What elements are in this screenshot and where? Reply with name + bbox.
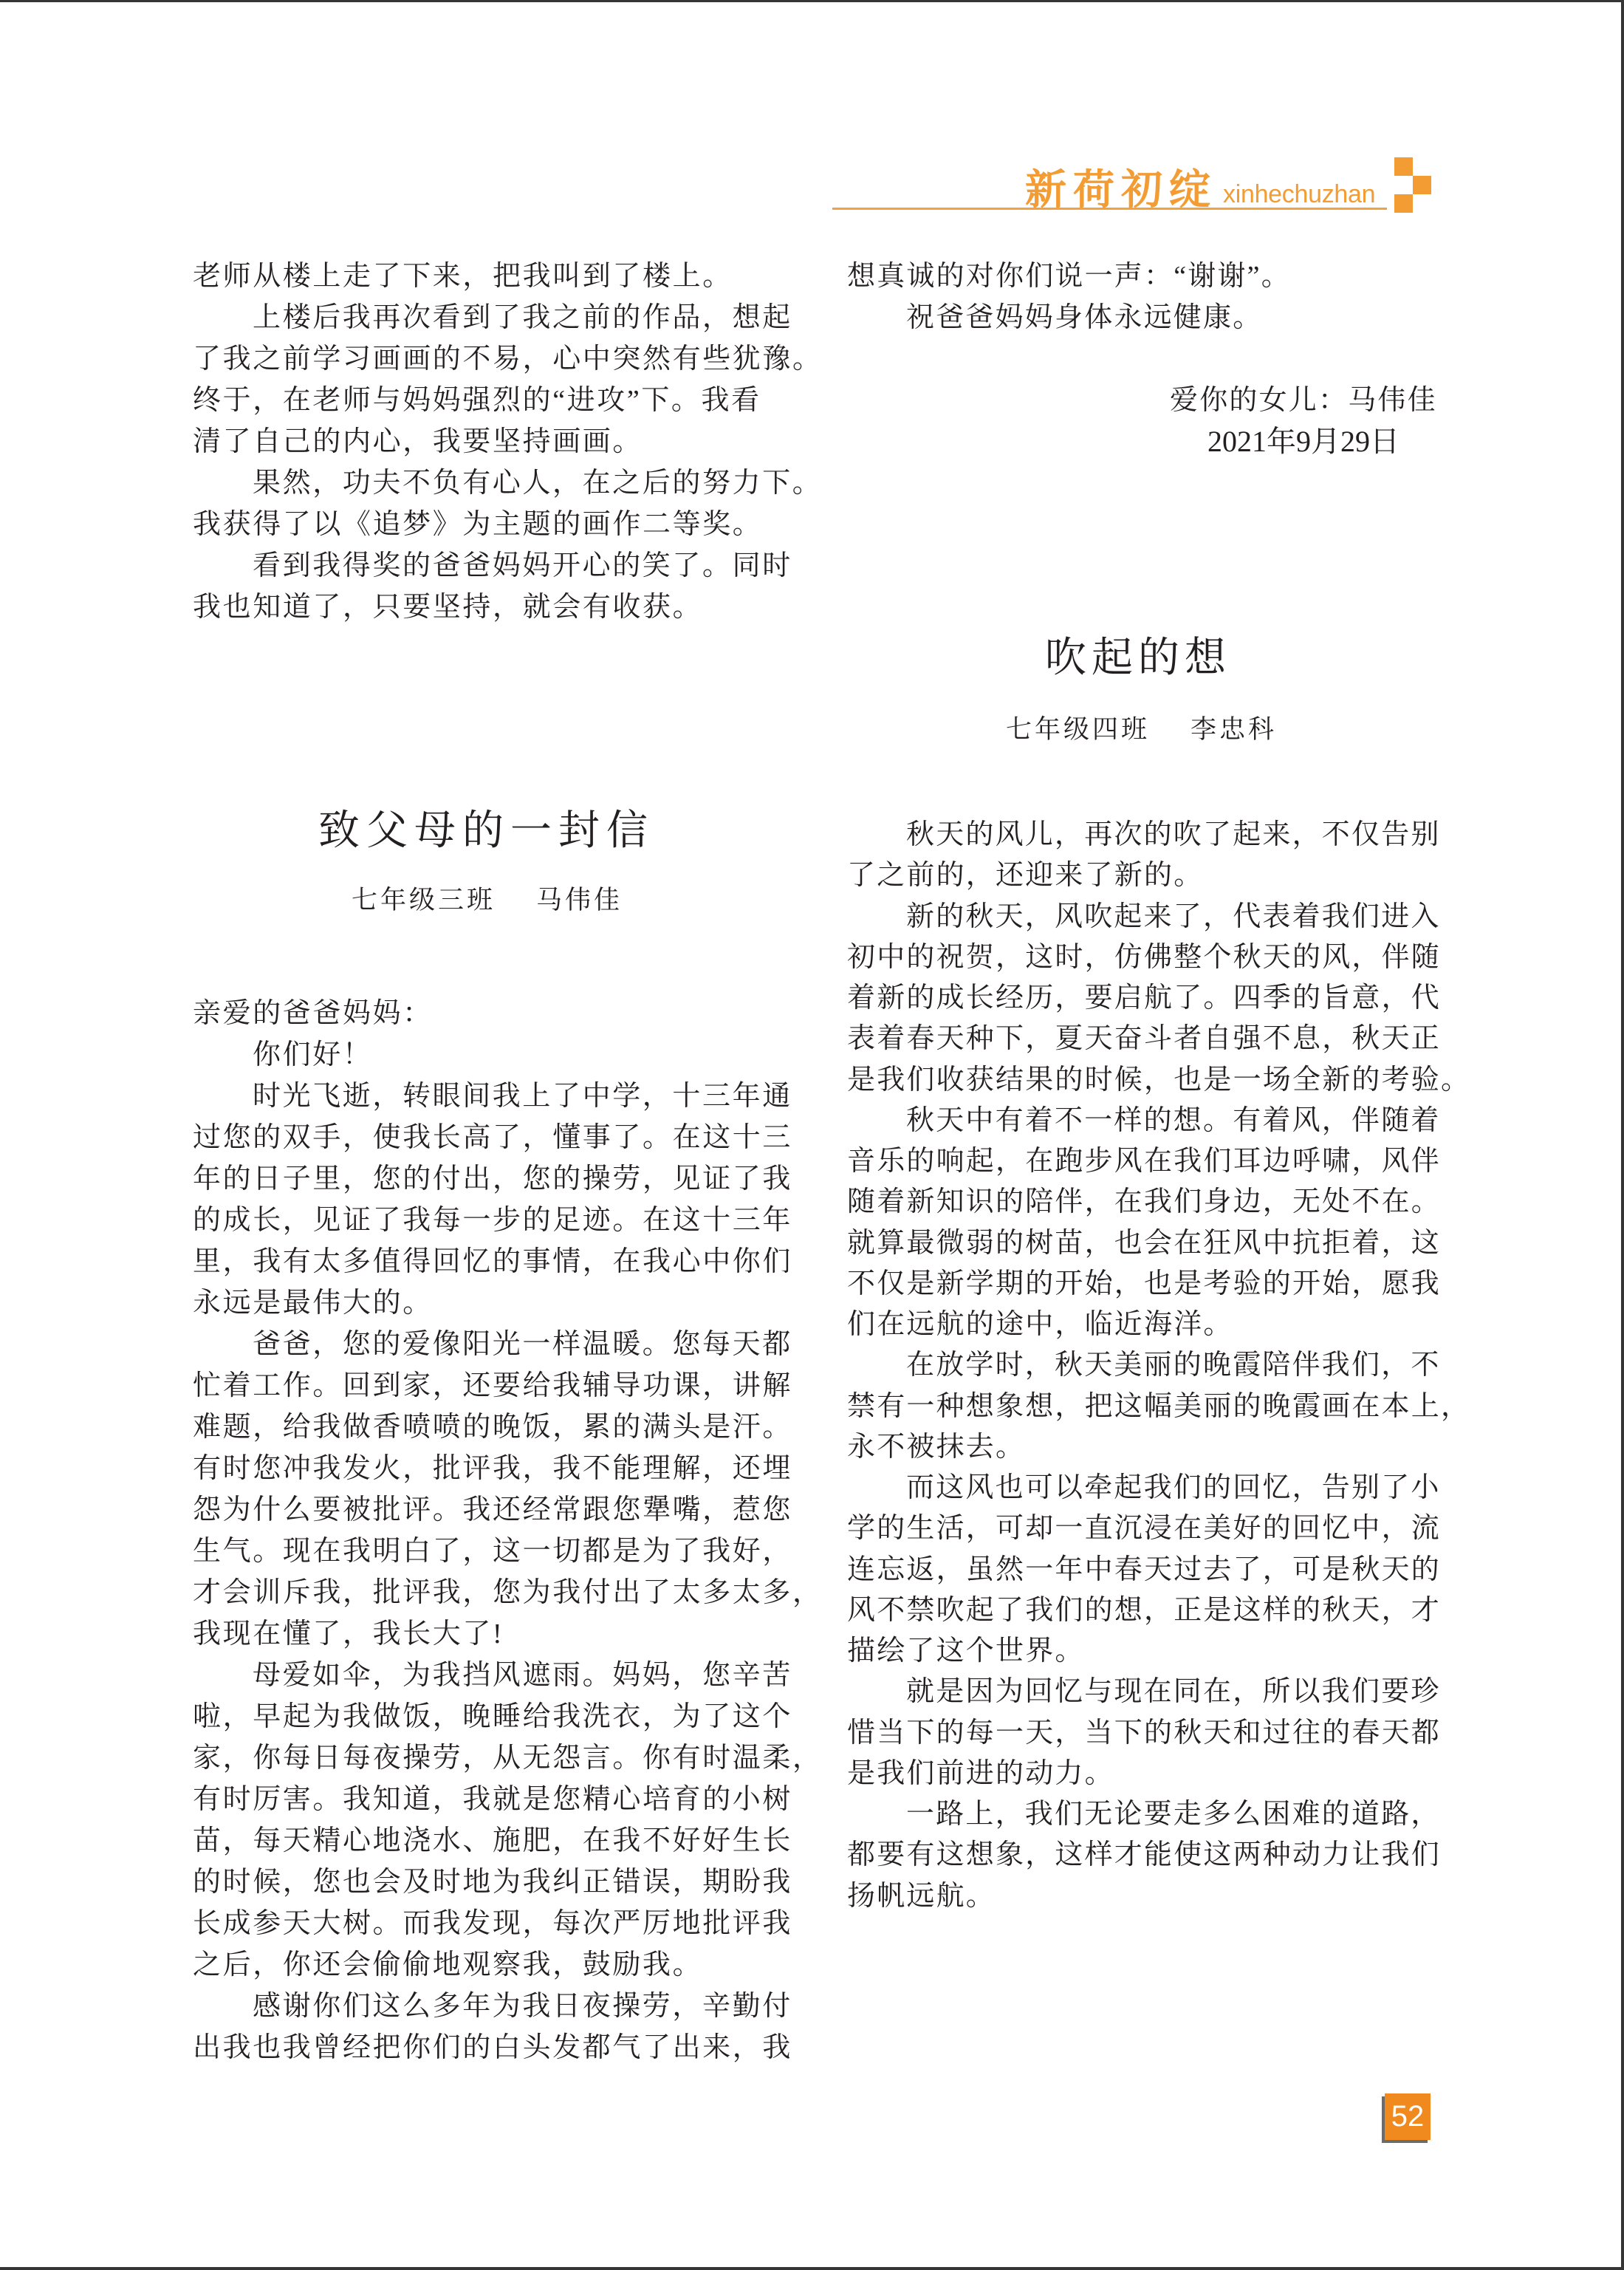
text-line: 不仅是新学期的开始，也是考验的开始，愿我 xyxy=(847,1264,1470,1305)
page-frame-top xyxy=(0,0,1624,2)
signature-date: 2021年9月29日 xyxy=(1170,421,1437,462)
square-bottom xyxy=(1394,194,1413,213)
text-line: 秋天的风儿，再次的吹了起来，不仅告别 xyxy=(847,815,1470,855)
byline-author: 李忠科 xyxy=(1190,715,1277,744)
text-line: 忙着工作。回到家，还要给我辅导功课，讲解 xyxy=(193,1365,823,1406)
section-title: 新荷初绽 xyxy=(1025,169,1217,212)
paragraph: 果然，功夫不负有心人，在之后的努力下。 我获得了以《追梦》为主题的画作二等奖。 xyxy=(193,462,823,545)
text-line: 永不被抹去。 xyxy=(847,1427,1470,1468)
text-line: 新的秋天，风吹起来了，代表着我们进入 xyxy=(847,897,1470,937)
text-line: 禁有一种想象想，把这幅美丽的晚霞画在本上， xyxy=(847,1387,1470,1427)
text-line: 年的日子里，您的付出，您的操劳，见证了我 xyxy=(193,1158,823,1200)
text-line: 了我之前学习画画的不易，心中突然有些犹豫。 xyxy=(193,338,823,380)
text-line: 学的生活，可却一直沉浸在美好的回忆中，流 xyxy=(847,1508,1470,1549)
right-article-body: 秋天的风儿，再次的吹了起来，不仅告别 了之前的，还迎来了新的。 新的秋天，风吹起… xyxy=(847,815,1470,1917)
paragraph: 看到我得奖的爸爸妈妈开心的笑了。同时 我也知道了，只要坚持，就会有收获。 xyxy=(193,545,823,628)
text-line: 出我也我曾经把你们的白头发都气了出来，我 xyxy=(193,2027,823,2068)
text-line: 在放学时，秋天美丽的晚霞陪伴我们，不 xyxy=(847,1345,1470,1386)
byline-author: 马伟佳 xyxy=(536,886,623,915)
text-line: 怨为什么要被批评。我还经常跟您犟嘴，惹您 xyxy=(193,1489,823,1531)
signature-closing: 爱你的女儿：马伟佳 xyxy=(1170,380,1437,421)
paragraph: 上楼后我再次看到了我之前的作品，想起 了我之前学习画画的不易，心中突然有些犹豫。… xyxy=(193,297,823,462)
text-line: 都要有这想象，这样才能使这两种动力让我们 xyxy=(847,1835,1470,1876)
text-line: 的成长，见证了我每一步的足迹。在这十三年 xyxy=(193,1200,823,1241)
byline-class: 七年级四班 xyxy=(1006,715,1150,744)
article-title: 致父母的一封信 xyxy=(318,805,654,857)
text-line: 了之前的，还迎来了新的。 xyxy=(847,855,1470,896)
text-line: 风不禁吹起了我们的想，正是这样的秋天，才 xyxy=(847,1590,1470,1631)
text-line: 你们好！ xyxy=(193,1034,823,1076)
article-title: 吹起的想 xyxy=(1045,632,1231,684)
text-line: 有时您冲我发火，批评我，我不能理解，还埋 xyxy=(193,1448,823,1489)
text-line: 老师从楼上走了下来，把我叫到了楼上。 xyxy=(193,256,823,297)
paragraph: 感谢你们这么多年为我日夜操劳，辛勤付 出我也我曾经把你们的白头发都气了出来，我 xyxy=(193,1986,823,2068)
text-line: 惜当下的每一天，当下的秋天和过往的春天都 xyxy=(847,1713,1470,1754)
text-line: 我获得了以《追梦》为主题的画作二等奖。 xyxy=(193,504,823,545)
text-line: 而这风也可以牵起我们的回忆，告别了小 xyxy=(847,1468,1470,1508)
left-article-body: 亲爱的爸爸妈妈： 你们好！ 时光飞逝，转眼间我上了中学，十三年通 过您的双手，使… xyxy=(193,993,823,2068)
article-byline: 七年级三班马伟佳 xyxy=(352,880,623,921)
text-line: 就是因为回忆与现在同在，所以我们要珍 xyxy=(847,1672,1470,1712)
text-line: 之后，你还会偷偷地观察我，鼓励我。 xyxy=(193,1944,823,1986)
text-line: 才会训斥我，批评我，您为我付出了太多太多， xyxy=(193,1572,823,1613)
text-line: 就算最微弱的树苗，也会在狂风中抗拒着，这 xyxy=(847,1223,1470,1264)
text-line: 着新的成长经历，要启航了。四季的旨意，代 xyxy=(847,978,1470,1019)
text-line: 初中的祝贺，这时，仿佛整个秋天的风，伴随 xyxy=(847,937,1470,978)
paragraph: 你们好！ xyxy=(193,1034,823,1076)
text-line: 家，你每日每夜操劳，从无怨言。你有时温柔， xyxy=(193,1737,823,1779)
paragraph: 想真诚的对你们说一声：“谢谢”。 xyxy=(847,256,1291,297)
text-line: 苗，每天精心地浇水、施肥，在我不好好生长 xyxy=(193,1820,823,1862)
paragraph: 秋天中有着不一样的想。有着风，伴随着 音乐的响起，在跑步风在我们耳边呼啸，风伴 … xyxy=(847,1101,1470,1346)
text-line: 里，我有太多值得回忆的事情，在我心中你们 xyxy=(193,1241,823,1282)
text-line: 母爱如伞，为我挡风遮雨。妈妈，您辛苦 xyxy=(193,1655,823,1696)
text-line: 我现在懂了，我长大了! xyxy=(193,1613,823,1655)
text-line: 描绘了这个世界。 xyxy=(847,1631,1470,1672)
text-line: 永远是最伟大的。 xyxy=(193,1282,823,1324)
text-line: 清了自己的内心，我要坚持画画。 xyxy=(193,421,823,462)
text-line: 我也知道了，只要坚持，就会有收获。 xyxy=(193,587,823,628)
paragraph: 秋天的风儿，再次的吹了起来，不仅告别 了之前的，还迎来了新的。 xyxy=(847,815,1470,897)
text-line: 终于，在老师与妈妈强烈的“进攻”下。我看 xyxy=(193,380,823,421)
paragraph: 爸爸，您的爱像阳光一样温暖。您每天都 忙着工作。回到家，还要给我辅导功课，讲解 … xyxy=(193,1324,823,1655)
paragraph: 新的秋天，风吹起来了，代表着我们进入 初中的祝贺，这时，仿佛整个秋天的风，伴随 … xyxy=(847,897,1470,1101)
square-right xyxy=(1413,176,1431,194)
text-line: 连忘返，虽然一年中春天过去了，可是秋天的 xyxy=(847,1550,1470,1590)
text-line: 表着春天种下，夏天奋斗者自强不息，秋天正 xyxy=(847,1019,1470,1059)
byline-class: 七年级三班 xyxy=(352,886,496,915)
paragraph: 就是因为回忆与现在同在，所以我们要珍 惜当下的每一天，当下的秋天和过往的春天都 … xyxy=(847,1672,1470,1794)
text-line: 秋天中有着不一样的想。有着风，伴随着 xyxy=(847,1101,1470,1141)
text-line: 感谢你们这么多年为我日夜操劳，辛勤付 xyxy=(193,1986,823,2027)
paragraph: 而这风也可以牵起我们的回忆，告别了小 学的生活，可却一直沉浸在美好的回忆中，流 … xyxy=(847,1468,1470,1672)
section-pinyin: xinhechuzhan xyxy=(1223,182,1375,207)
text-line: 看到我得奖的爸爸妈妈开心的笑了。同时 xyxy=(193,545,823,587)
paragraph: 母爱如伞，为我挡风遮雨。妈妈，您辛苦 啦，早起为我做饭，晚睡给我洗衣，为了这个 … xyxy=(193,1655,823,1986)
text-line: 有时厉害。我知道，我就是您精心培育的小树 xyxy=(193,1779,823,1820)
text-line: 爸爸，您的爱像阳光一样温暖。您每天都 xyxy=(193,1324,823,1365)
left-continuation-text: 老师从楼上走了下来，把我叫到了楼上。 上楼后我再次看到了我之前的作品，想起 了我… xyxy=(193,256,823,628)
right-continuation-text: 想真诚的对你们说一声：“谢谢”。 祝爸爸妈妈身体永远健康。 xyxy=(847,256,1291,338)
salutation: 亲爱的爸爸妈妈： xyxy=(193,993,823,1034)
article-byline: 七年级四班李忠科 xyxy=(1006,709,1277,751)
text-line: 上楼后我再次看到了我之前的作品，想起 xyxy=(193,297,823,338)
paragraph: 祝爸爸妈妈身体永远健康。 xyxy=(847,297,1291,338)
paragraph: 在放学时，秋天美丽的晚霞陪伴我们，不 禁有一种想象想，把这幅美丽的晚霞画在本上，… xyxy=(847,1345,1470,1468)
text-line: 想真诚的对你们说一声：“谢谢”。 xyxy=(847,256,1291,297)
text-line: 音乐的响起，在跑步风在我们耳边呼啸，风伴 xyxy=(847,1141,1470,1182)
text-line: 果然，功夫不负有心人，在之后的努力下。 xyxy=(193,462,823,504)
paragraph: 时光飞逝，转眼间我上了中学，十三年通 过您的双手，使我长高了，懂事了。在这十三 … xyxy=(193,1076,823,1324)
paragraph: 一路上，我们无论要走多么困难的道路， 都要有这想象，这样才能使这两种动力让我们 … xyxy=(847,1794,1470,1917)
text-line: 的时候，您也会及时地为我纠正错误，期盼我 xyxy=(193,1862,823,1903)
text-line: 时光飞逝，转眼间我上了中学，十三年通 xyxy=(193,1076,823,1117)
page-number: 52 xyxy=(1385,2093,1431,2140)
text-line: 啦，早起为我做饭，晚睡给我洗衣，为了这个 xyxy=(193,1696,823,1737)
text-line: 随着新知识的陪伴，在我们身边，无处不在。 xyxy=(847,1182,1470,1223)
text-line: 过您的双手，使我长高了，懂事了。在这十三 xyxy=(193,1117,823,1158)
text-line: 生气。现在我明白了，这一切都是为了我好， xyxy=(193,1531,823,1572)
text-line: 是我们前进的动力。 xyxy=(847,1754,1470,1794)
text-line: 一路上，我们无论要走多么困难的道路， xyxy=(847,1794,1470,1835)
paragraph: 老师从楼上走了下来，把我叫到了楼上。 xyxy=(193,256,823,297)
square-top xyxy=(1394,157,1413,176)
text-line: 们在远航的途中，临近海洋。 xyxy=(847,1305,1470,1345)
page-frame-bottom xyxy=(0,2267,1624,2270)
text-line: 祝爸爸妈妈身体永远健康。 xyxy=(847,297,1291,338)
text-line: 是我们收获结果的时候，也是一场全新的考验。 xyxy=(847,1060,1470,1101)
text-line: 长成参天大树。而我发现，每次严厉地批评我 xyxy=(193,1903,823,1944)
page-frame-right xyxy=(1621,0,1624,2270)
text-line: 扬帆远航。 xyxy=(847,1876,1470,1917)
text-line: 难题，给我做香喷喷的晚饭，累的满头是汗。 xyxy=(193,1406,823,1448)
header-rule xyxy=(832,208,1387,210)
